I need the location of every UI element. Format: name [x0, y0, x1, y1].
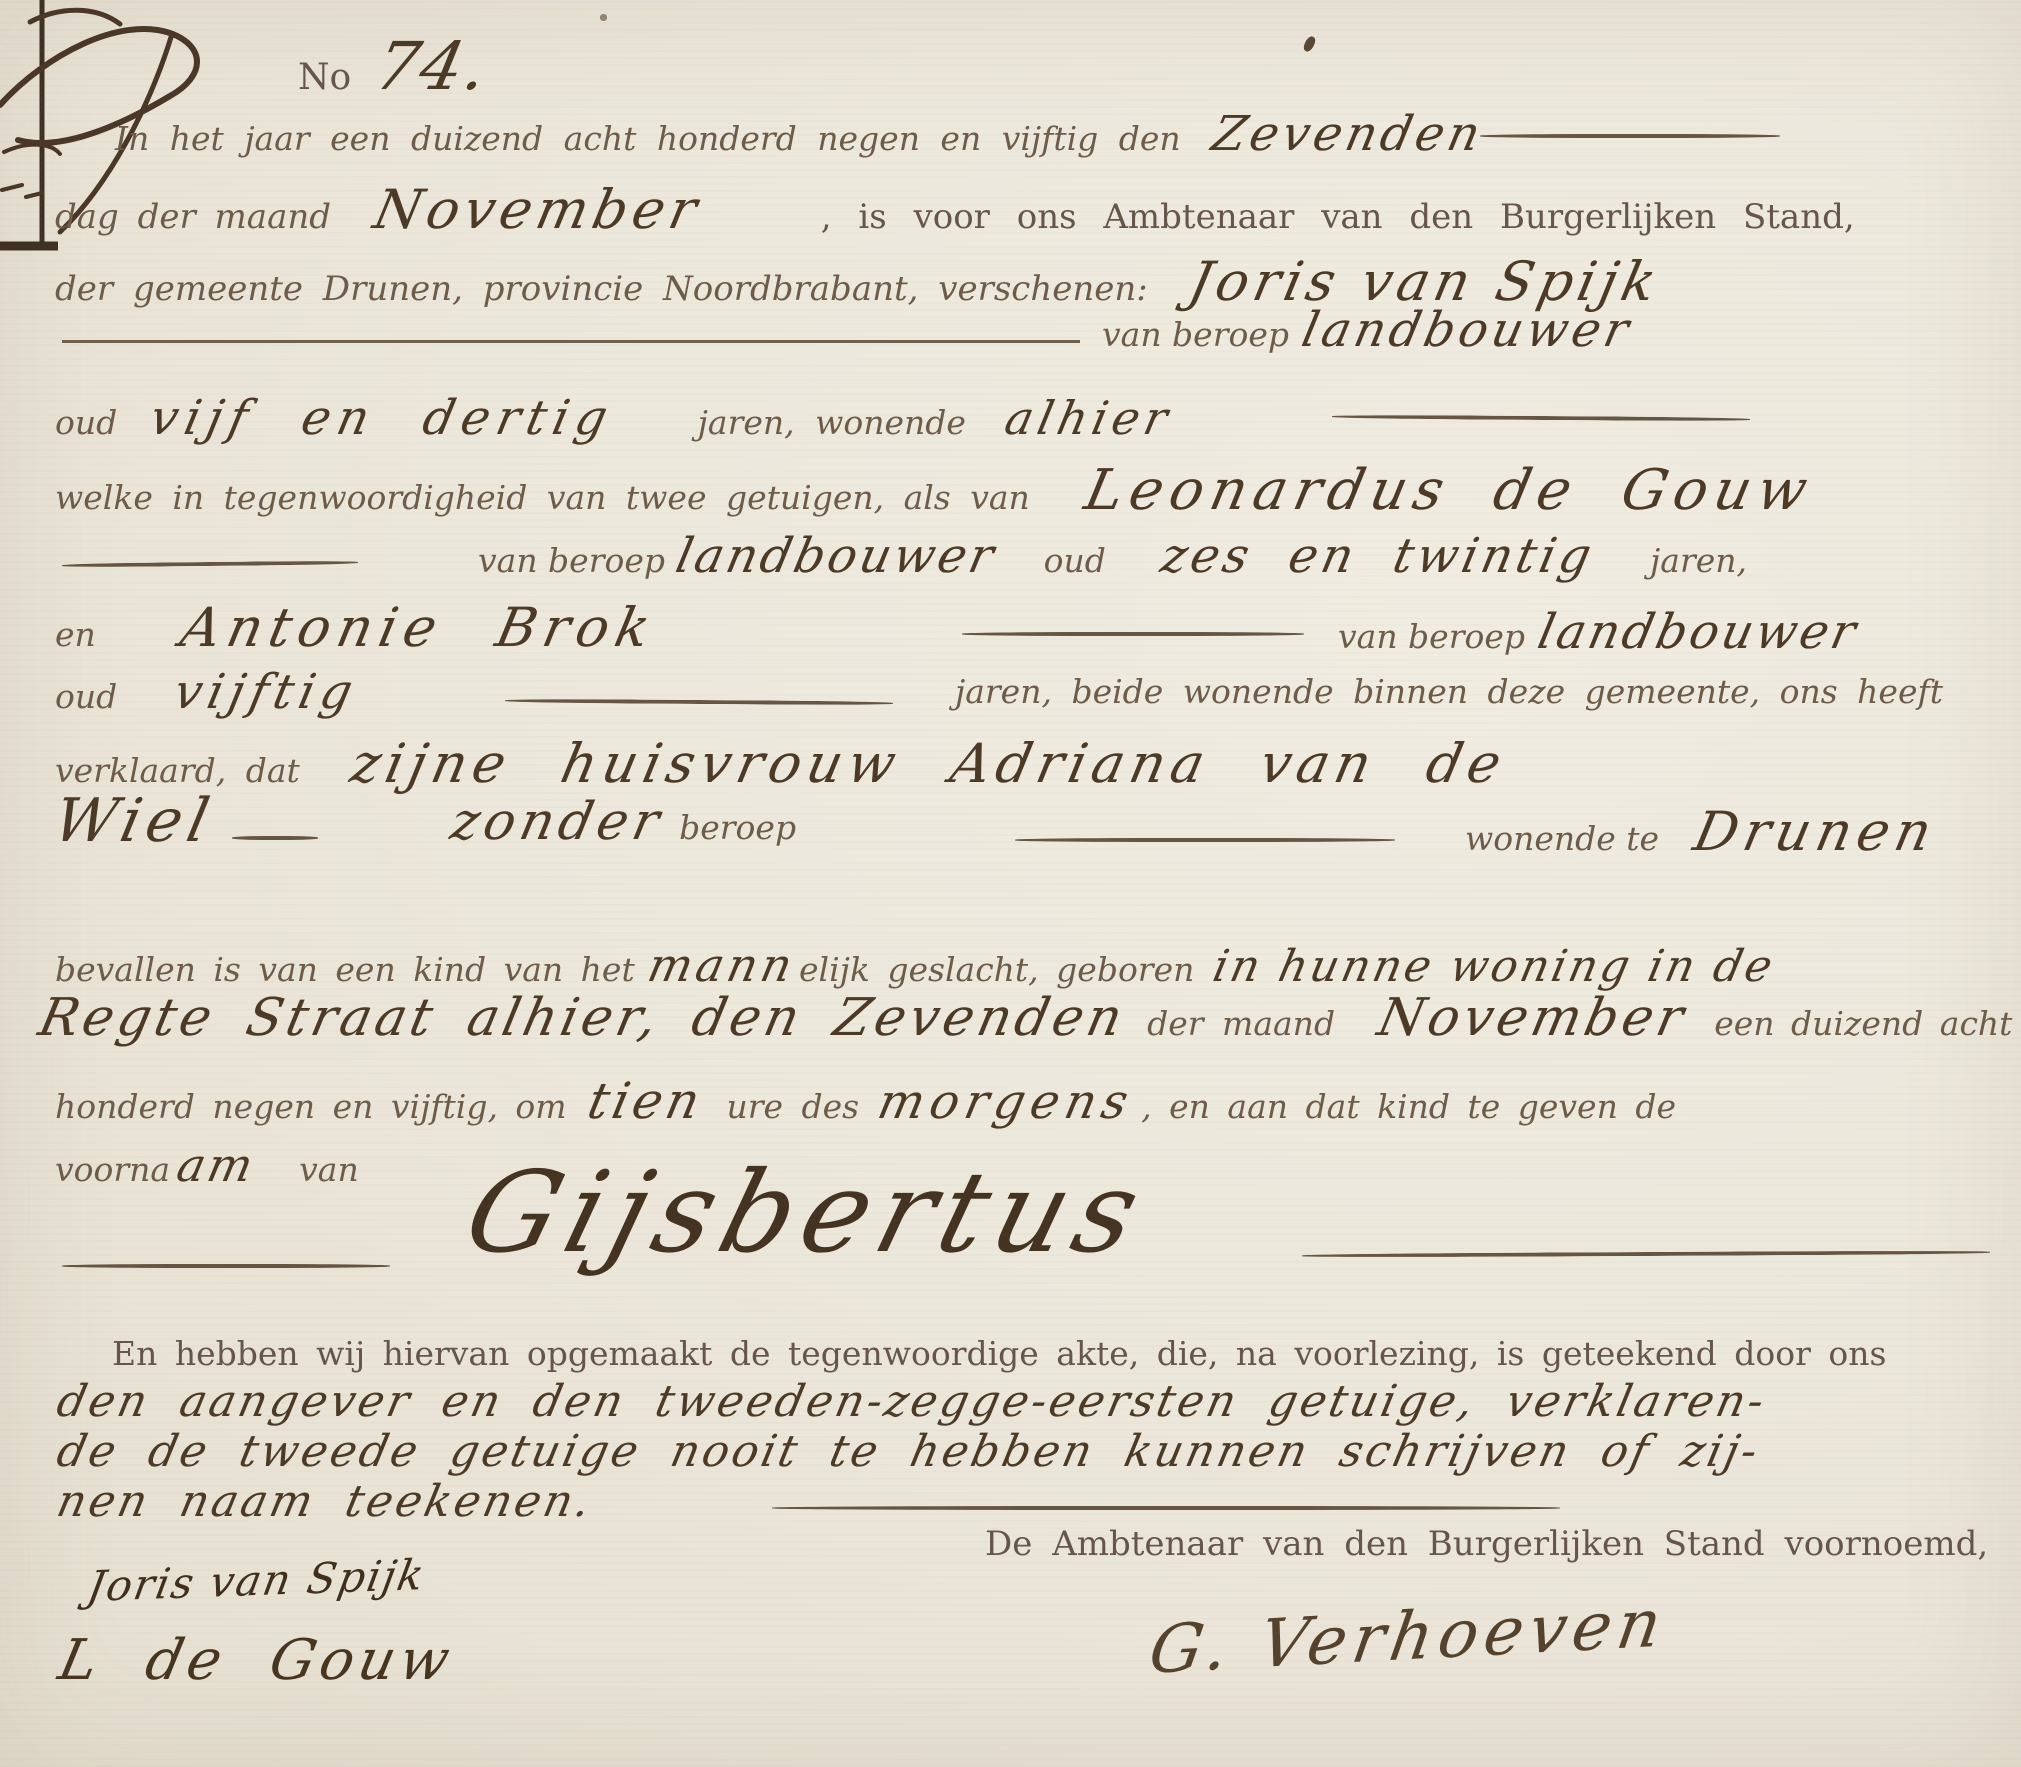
- written-witness1-age: zes en twintig: [1156, 528, 1600, 584]
- printed-occupation-label: van beroep: [1338, 617, 1525, 656]
- line-mother-surname: Wiel: [55, 786, 214, 856]
- line-witnesses-residence: jaren, beide wonende binnen deze gemeent…: [955, 672, 1943, 711]
- written-birth-hour: tien: [582, 1072, 708, 1130]
- printed-month-label: der maand: [1147, 1004, 1335, 1043]
- written-witness1-occupation: landbouwer: [671, 528, 1001, 584]
- written-witness2-age: vijftig: [169, 664, 363, 720]
- line-declarant-age: oud vijf en dertig jaren, wonende alhier: [55, 390, 1172, 446]
- printed-witnesses-intro: welke in tegenwoordigheid van twee getui…: [55, 478, 1030, 517]
- act-number-label: No: [298, 57, 351, 98]
- written-signature-witness: L de Gouw: [53, 1628, 460, 1693]
- line-month: dag der maand November , is voor ons Amb…: [55, 178, 1855, 241]
- written-birth-month: November: [1373, 988, 1693, 1048]
- printed-municipality-text: der gemeente Drunen, provincie Noordbrab…: [55, 269, 1148, 309]
- filler-rule: [1015, 838, 1395, 842]
- printed-closing-text: En hebben wij hiervan opgemaakt de tegen…: [112, 1334, 1886, 1373]
- line-closing-written-3: nen naam teekenen.: [58, 1476, 592, 1527]
- printed-firstname-part: voorna: [55, 1150, 170, 1189]
- written-declarant-residence: alhier: [1000, 391, 1177, 445]
- written-declarant-occupation: landbouwer: [1297, 302, 1637, 358]
- written-closing-1: den aangever en den tweeden-zegge-eerste…: [53, 1376, 1772, 1427]
- written-signature-declarant: Joris van Spijk: [84, 1550, 430, 1611]
- filler-rule: [772, 1506, 1560, 1510]
- written-closing-3: nen naam teekenen.: [53, 1476, 598, 1527]
- line-witness1-details: van beroep landbouwer oud zes en twintig…: [478, 528, 1747, 584]
- signature-witness: L de Gouw: [60, 1628, 453, 1693]
- filler-rule: [1302, 1250, 1990, 1258]
- filler-rule: [232, 836, 318, 840]
- written-declarant-age: vijf en dertig: [145, 390, 619, 446]
- filler-rule: [1332, 415, 1750, 422]
- written-no-occupation: zonder: [446, 792, 670, 852]
- line-declarant-occupation: van beroep landbouwer: [1102, 302, 1632, 358]
- line-declaration: verklaard, dat zijne huisvrouw Adriana v…: [55, 732, 1506, 795]
- filler-rule: [62, 340, 1080, 343]
- ink-fleck: [600, 14, 607, 21]
- printed-witnesses-residence: jaren, beide wonende binnen deze gemeent…: [955, 672, 1943, 711]
- printed-occupation-label: van beroep: [1102, 315, 1289, 354]
- act-number-value: 74.: [369, 28, 496, 105]
- line-closing-written-1: den aangever en den tweeden-zegge-eerste…: [58, 1376, 1766, 1427]
- written-witness2-name: Antonie Brok: [175, 596, 662, 659]
- printed-residence-label: jaren, wonende: [698, 403, 966, 442]
- written-daypart: morgens: [873, 1074, 1139, 1130]
- act-number-line: No 74.: [298, 28, 488, 105]
- printed-declaration-label: verklaard, dat: [55, 751, 300, 790]
- birth-record-page: No 74. In het jaar een duizend acht hond…: [0, 0, 2021, 1767]
- line-birth: bevallen is van een kind van het mann el…: [55, 938, 1775, 992]
- filler-rule: [962, 632, 1304, 636]
- printed-registrar-text: , is voor ons Ambtenaar van den Burgerli…: [821, 197, 1855, 237]
- written-mother-residence: Drunen: [1688, 800, 1943, 863]
- written-gender: mann: [643, 938, 801, 992]
- printed-name-intro: , en aan dat kind te geven de: [1141, 1087, 1676, 1126]
- printed-occupation-word: beroep: [679, 808, 796, 847]
- written-birthplace-2: Regte Straat alhier, den Zevenden: [34, 988, 1132, 1048]
- signature-declarant: Joris van Spijk: [87, 1550, 426, 1611]
- filler-rule: [62, 560, 358, 567]
- written-birthplace-1: in hunne woning in de: [1209, 941, 1780, 992]
- filler-rule: [1480, 134, 1780, 138]
- printed-occupation-label: van beroep: [478, 541, 665, 580]
- written-signature-official: G. Verhoeven: [1144, 1584, 1672, 1689]
- printed-residence-label: wonende te: [1465, 819, 1659, 858]
- filler-rule: [505, 699, 893, 706]
- line-witness2-age: oud vijftig: [55, 664, 358, 720]
- line-year: In het jaar een duizend acht honderd neg…: [115, 106, 1483, 162]
- printed-age-label: oud: [1044, 541, 1106, 580]
- line-officiant-title: De Ambtenaar van den Burgerlijken Stand …: [985, 1524, 1988, 1564]
- printed-age-label: oud: [55, 677, 117, 716]
- written-closing-2: de de tweede getuige nooit te hebben kun…: [53, 1426, 1765, 1477]
- written-witness1-name: Leonardus de Gouw: [1079, 458, 1820, 523]
- printed-year-part-a: een duizend acht: [1714, 1004, 2012, 1043]
- written-day: Zevenden: [1207, 106, 1489, 162]
- printed-year-part-b: honderd negen en vijftig, om: [55, 1087, 567, 1126]
- ink-fleck: [1302, 35, 1317, 53]
- line-child-name: Gijsbertus: [470, 1148, 1144, 1278]
- line-closing-written-2: de de tweede getuige nooit te hebben kun…: [58, 1426, 1759, 1477]
- line-mother-residence: wonende te Drunen: [1465, 800, 1937, 863]
- line-closing-printed: En hebben wij hiervan opgemaakt de tegen…: [112, 1334, 1886, 1373]
- written-firstname-part: am: [172, 1138, 261, 1192]
- written-mother-surname: Wiel: [48, 786, 221, 856]
- printed-year-text: In het jaar een duizend acht honderd neg…: [115, 119, 1181, 158]
- line-witness2-occupation: van beroep landbouwer: [1338, 604, 1858, 660]
- printed-of-label: van: [299, 1150, 359, 1189]
- printed-birth-intro: bevallen is van een kind van het: [55, 950, 635, 989]
- line-witnesses-intro: welke in tegenwoordigheid van twee getui…: [55, 458, 1813, 523]
- written-month: November: [368, 178, 707, 241]
- printed-month-label: dag der maand: [55, 197, 331, 237]
- printed-gender-text: elijk geslacht, geboren: [799, 950, 1194, 989]
- printed-and-label: en: [55, 615, 96, 654]
- line-witness2-name: en Antonie Brok: [55, 596, 656, 659]
- line-birth-street-date: Regte Straat alhier, den Zevenden der ma…: [40, 988, 2012, 1048]
- line-birth-time: honderd negen en vijftig, om tien ure de…: [55, 1072, 1676, 1130]
- printed-years-label: jaren,: [1650, 541, 1747, 580]
- signature-official: G. Verhoeven: [1148, 1585, 1668, 1689]
- line-mother-occupation: zonder beroep: [452, 792, 796, 852]
- written-witness2-occupation: landbouwer: [1533, 604, 1863, 660]
- printed-officiant-title: De Ambtenaar van den Burgerlijken Stand …: [985, 1524, 1988, 1564]
- printed-hour-label: ure des: [726, 1087, 859, 1126]
- printed-age-label: oud: [55, 403, 117, 442]
- written-mother-name: zijne huisvrouw Adriana van de: [345, 732, 1512, 795]
- line-firstname-label: voorna am van: [55, 1138, 359, 1192]
- written-child-name: Gijsbertus: [453, 1148, 1161, 1278]
- filler-rule: [62, 1264, 390, 1268]
